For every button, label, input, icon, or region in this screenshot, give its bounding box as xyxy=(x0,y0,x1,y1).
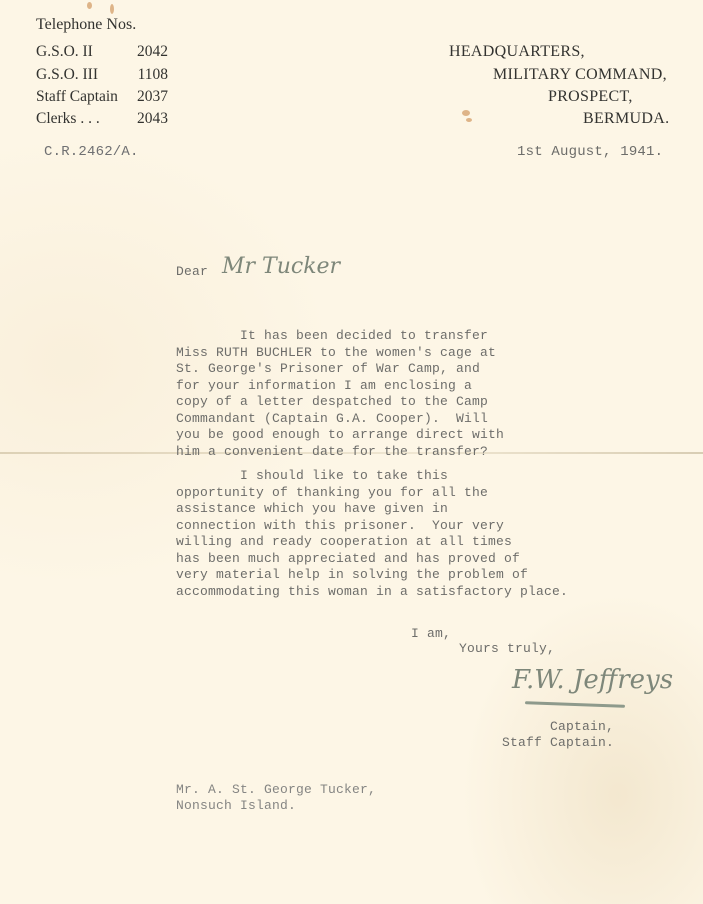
body-line: assistance which you have given in xyxy=(176,501,568,518)
body-line: you be good enough to arrange direct wit… xyxy=(176,427,504,444)
address-line: HEADQUARTERS, xyxy=(449,43,585,61)
telephone-heading: Telephone Nos. xyxy=(36,16,136,34)
recipient-block: Mr. A. St. George Tucker, Nonsuch Island… xyxy=(176,782,376,814)
body-line: St. George's Prisoner of War Camp, and xyxy=(176,361,504,378)
handwritten-signature: F.W. Jeffreys xyxy=(512,665,673,695)
paper-stain xyxy=(87,2,92,9)
body-line: very material help in solving the proble… xyxy=(176,567,568,584)
paper-stain xyxy=(110,4,114,14)
signature-underline xyxy=(525,701,625,707)
telephone-label: Staff Captain xyxy=(36,88,118,106)
salutation: Dear xyxy=(176,264,208,279)
body-paragraph: I should like to take this opportunity o… xyxy=(176,468,568,600)
telephone-number: 1108 xyxy=(138,66,168,84)
closing-line: Yours truly, xyxy=(459,641,555,656)
body-line: I should like to take this xyxy=(176,468,568,485)
telephone-row: Staff Captain 2037 xyxy=(36,88,168,106)
handwritten-salutation-name: Mr Tucker xyxy=(222,254,340,279)
closing-line: I am, xyxy=(411,626,451,641)
paper-stain xyxy=(462,110,470,116)
recipient-location: Nonsuch Island. xyxy=(176,798,376,814)
body-line: connection with this prisoner. Your very xyxy=(176,518,568,535)
reference-number: C.R.2462/A. xyxy=(44,144,139,160)
telephone-number: 2037 xyxy=(137,88,168,106)
telephone-row: G.S.O. III 1108 xyxy=(36,66,168,84)
body-line: has been much appreciated and has proved… xyxy=(176,551,568,568)
signatory-title: Staff Captain. xyxy=(502,735,614,750)
body-line: opportunity of thanking you for all the xyxy=(176,485,568,502)
signatory-rank: Captain, xyxy=(550,719,614,734)
telephone-row: Clerks . . . 2043 xyxy=(36,110,168,128)
body-line: Commandant (Captain G.A. Cooper). Will xyxy=(176,411,504,428)
body-paragraph: It has been decided to transfer Miss RUT… xyxy=(176,328,504,460)
paper-stain xyxy=(466,118,472,122)
body-line: him a convenient date for the transfer? xyxy=(176,444,504,461)
address-line: BERMUDA. xyxy=(583,110,669,128)
telephone-label: G.S.O. II xyxy=(36,43,93,61)
body-line: for your information I am enclosing a xyxy=(176,378,504,395)
telephone-label: Clerks . . . xyxy=(36,110,100,128)
telephone-number: 2043 xyxy=(137,110,168,128)
telephone-label: G.S.O. III xyxy=(36,66,98,84)
body-line: willing and ready cooperation at all tim… xyxy=(176,534,568,551)
body-line: copy of a letter despatched to the Camp xyxy=(176,394,504,411)
letter-date: 1st August, 1941. xyxy=(517,144,663,160)
telephone-number: 2042 xyxy=(137,43,168,61)
telephone-row: G.S.O. II 2042 xyxy=(36,43,168,61)
body-line: Miss RUTH BUCHLER to the women's cage at xyxy=(176,345,504,362)
address-line: PROSPECT, xyxy=(548,88,633,106)
body-line: accommodating this woman in a satisfacto… xyxy=(176,584,568,601)
address-line: MILITARY COMMAND, xyxy=(493,66,667,84)
body-line: It has been decided to transfer xyxy=(176,328,504,345)
recipient-name: Mr. A. St. George Tucker, xyxy=(176,782,376,798)
